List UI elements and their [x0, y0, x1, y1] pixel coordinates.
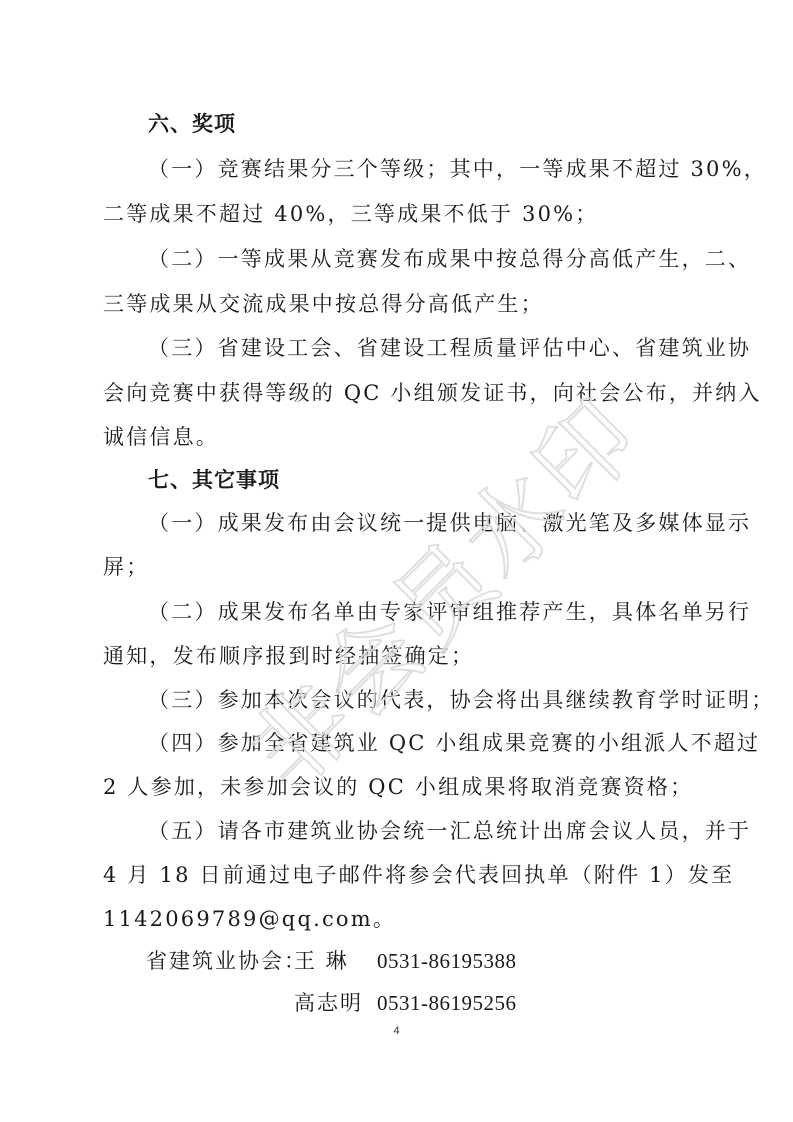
paragraph-line: 诚信信息。	[103, 422, 693, 452]
paragraph-line: 屏；	[103, 552, 693, 582]
page-number: 4	[0, 1025, 793, 1037]
contact-name: 高志明	[294, 988, 363, 1018]
paragraph-line: （四）参加全省建筑业 QC 小组成果竞赛的小组派人不超过	[148, 728, 738, 758]
contact-name: 王 琳	[294, 946, 349, 976]
paragraph-line: 4 月 18 日前通过电子邮件将参会代表回执单（附件 1）发至	[103, 860, 693, 890]
document-page: 六、奖项 （一）竞赛结果分三个等级；其中，一等成果不超过 30%， 二等成果不超…	[0, 0, 793, 1122]
section-heading-awards: 六、奖项	[148, 109, 738, 139]
contact-phone: 0531-86195256	[377, 988, 517, 1018]
paragraph-line: 三等成果从交流成果中按总得分高低产生；	[103, 289, 693, 319]
paragraph-line: （二）一等成果从竞赛发布成果中按总得分高低产生，二、	[148, 244, 738, 274]
paragraph-line: （一）竞赛结果分三个等级；其中，一等成果不超过 30%，	[148, 154, 738, 184]
paragraph-line: （五）请各市建筑业协会统一汇总统计出席会议人员，并于	[148, 816, 738, 846]
contact-org-label: 省建筑业协会：	[146, 946, 307, 976]
paragraph-line: 会向竞赛中获得等级的 QC 小组颁发证书，向社会公布，并纳入	[103, 378, 693, 408]
paragraph-line: 通知，发布顺序报到时经抽签确定；	[103, 641, 693, 671]
paragraph-line: 二等成果不超过 40%，三等成果不低于 30%；	[103, 199, 693, 229]
email-address: 1142069789@qq.com。	[103, 904, 693, 934]
paragraph-line: （三）省建设工会、省建设工程质量评估中心、省建筑业协	[148, 333, 738, 363]
paragraph-line: （二）成果发布名单由专家评审组推荐产生，具体名单另行	[148, 597, 738, 627]
contact-phone: 0531-86195388	[377, 946, 517, 976]
paragraph-line: （一）成果发布由会议统一提供电脑、激光笔及多媒体显示	[148, 508, 738, 538]
section-heading-other-matters: 七、其它事项	[148, 465, 738, 495]
paragraph-line: （三）参加本次会议的代表，协会将出具继续教育学时证明；	[148, 685, 738, 715]
paragraph-line: 2 人参加，未参加会议的 QC 小组成果将取消竞赛资格；	[103, 772, 693, 802]
